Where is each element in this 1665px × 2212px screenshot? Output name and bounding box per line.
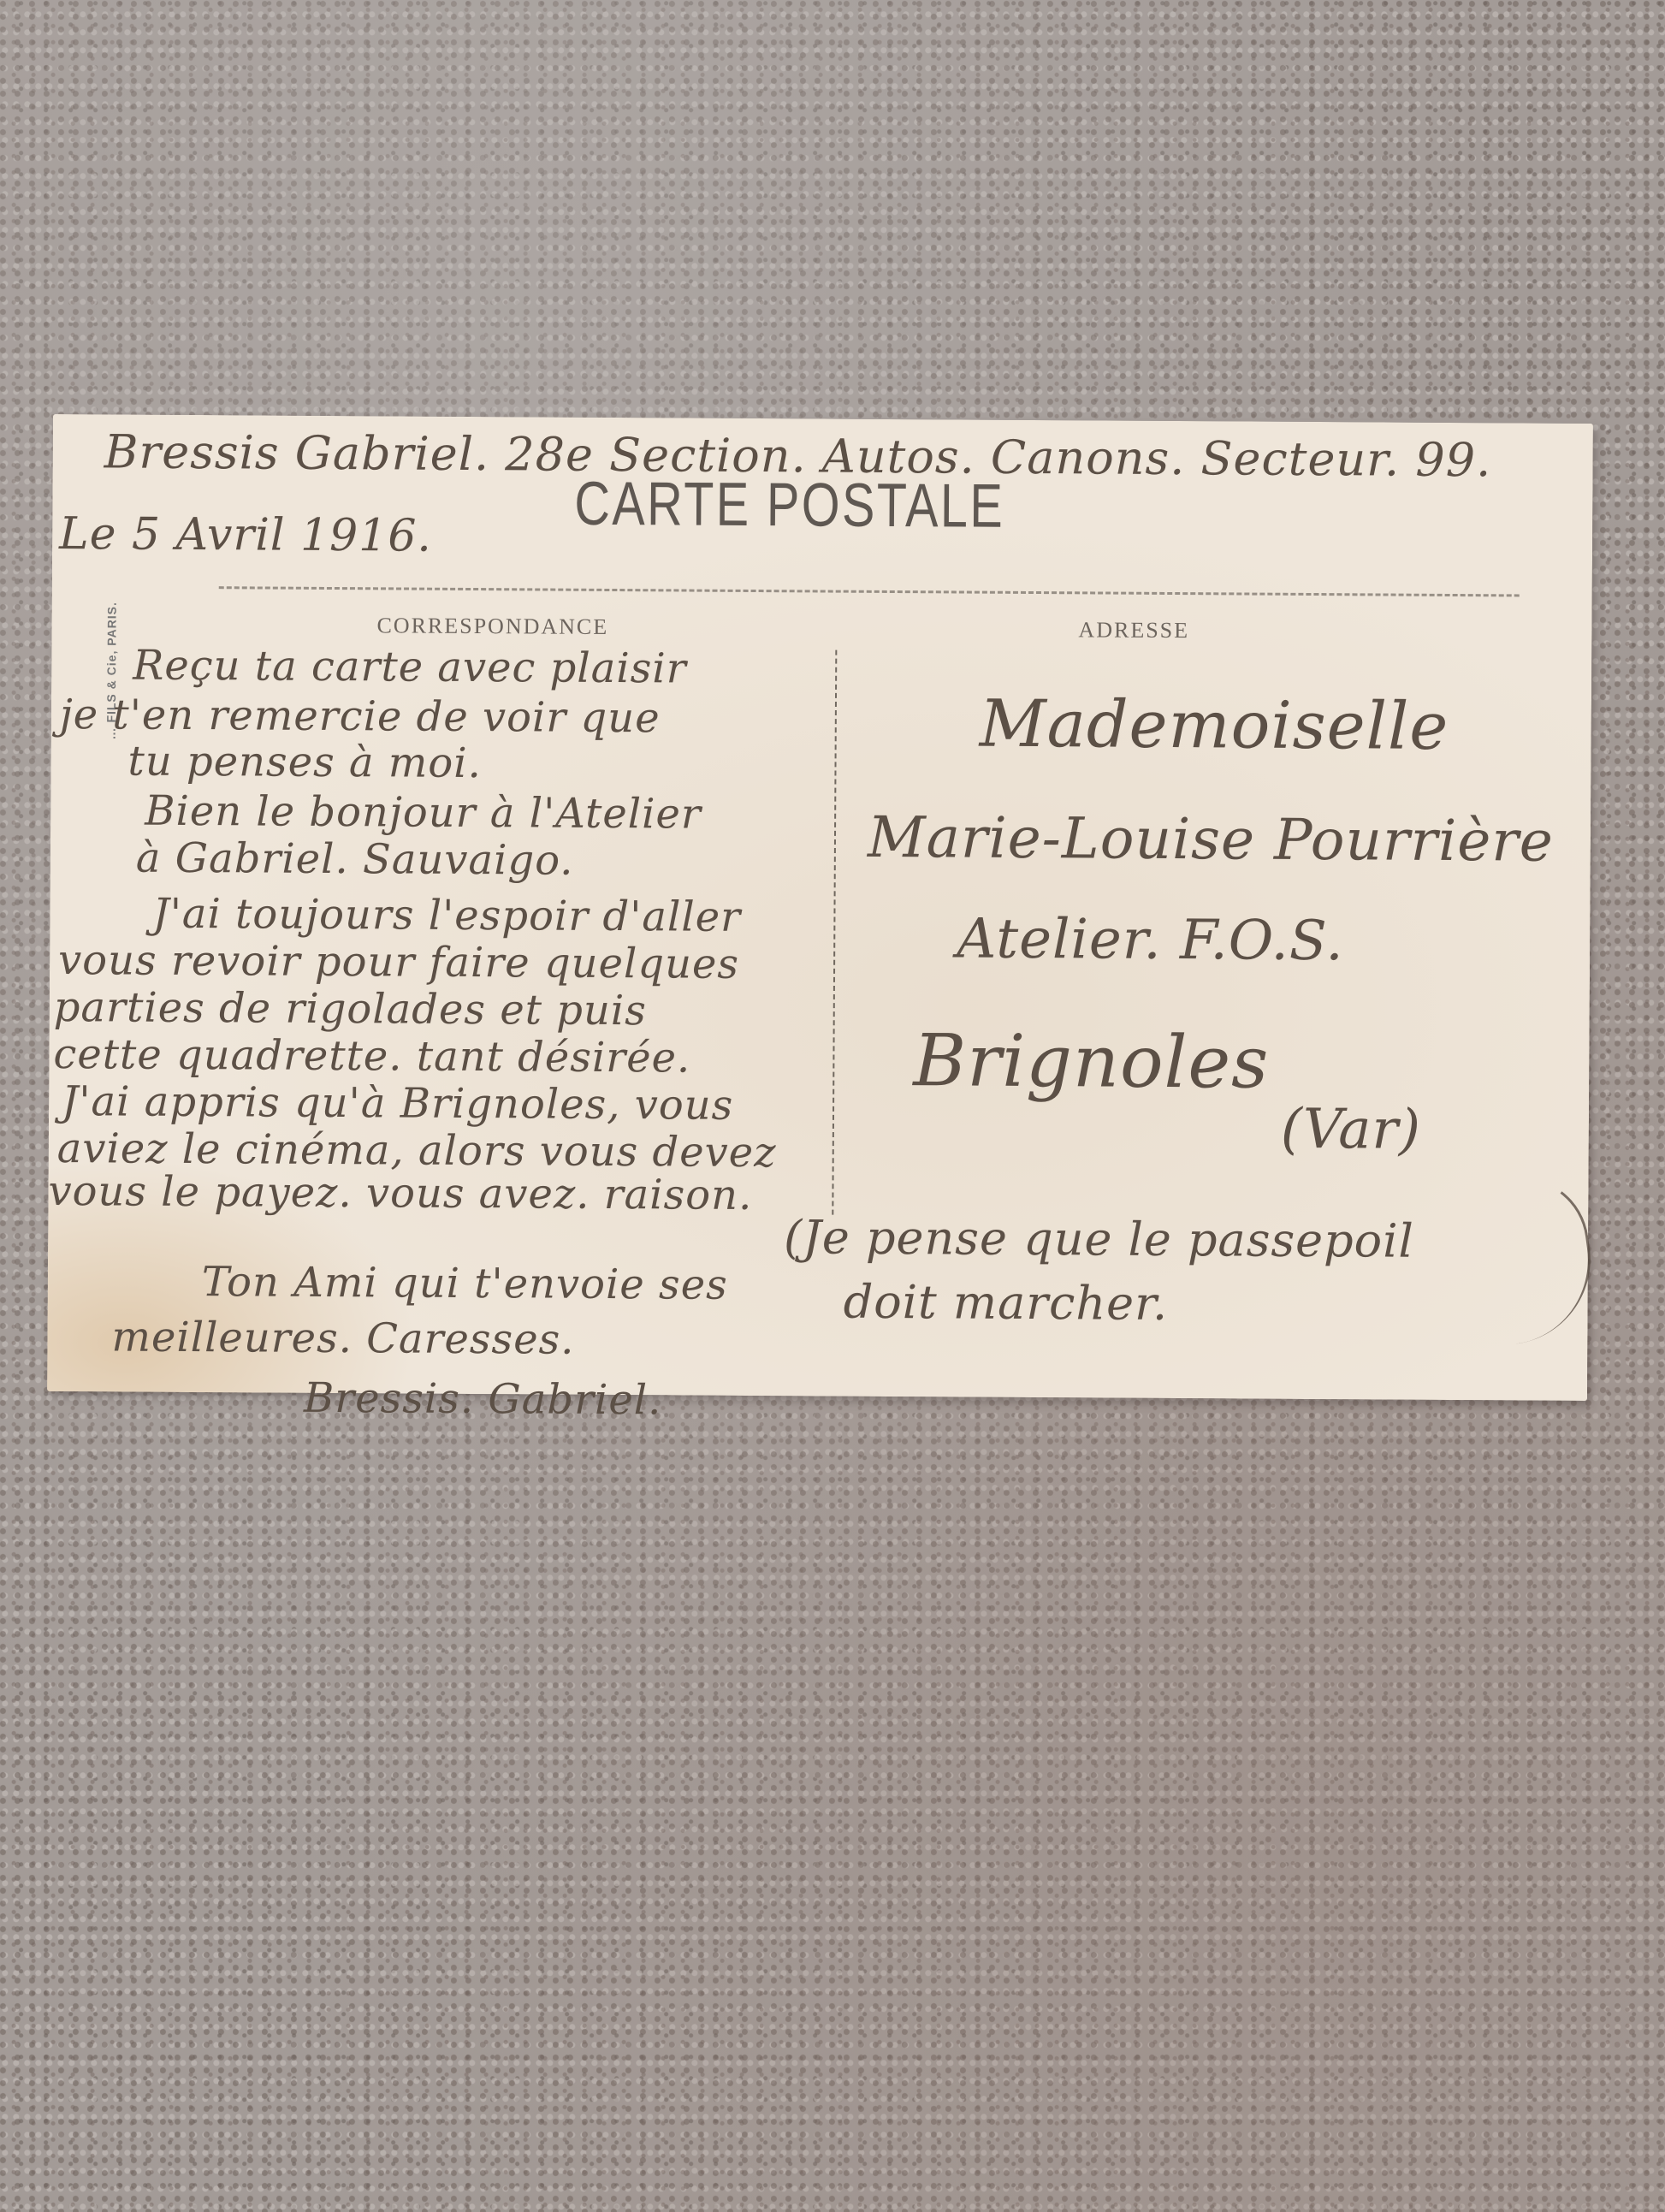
message-line: meilleures. Caresses. (111, 1313, 574, 1363)
address-block: Mademoiselle Marie-Louise Pourrière Atel… (53, 414, 1593, 424)
message-line: Ton Ami qui t'envoie ses (202, 1258, 728, 1309)
postscript-bracket (1458, 1169, 1601, 1349)
address-line: Brignoles (913, 1018, 1269, 1105)
message-line: vous revoir pour faire quelques (58, 936, 739, 988)
address-line: Marie-Louise Pourrière (868, 804, 1554, 875)
message-block: Reçu ta carte avec plaisir je t'en remer… (51, 641, 830, 646)
printed-title: CARTE POSTALE (574, 469, 1004, 542)
label-correspondance: CORRESPONDANCE (376, 613, 608, 640)
postscript-line: doit marcher. (843, 1275, 1168, 1331)
message-line: cette quadrette. tant désirée. (53, 1030, 690, 1082)
message-line: parties de rigolades et puis (54, 983, 647, 1035)
label-adresse: ADRESSE (1078, 617, 1189, 643)
postscript-line: (Je pense que le passepoil (784, 1210, 1414, 1267)
message-line: Reçu ta carte avec plaisir (133, 642, 687, 693)
message-line: à Gabriel. Sauvaigo. (136, 834, 574, 885)
message-line: J'ai toujours l'espoir d'aller (152, 890, 741, 941)
address-line: Mademoiselle (980, 685, 1449, 764)
message-line: J'ai appris qu'à Brignoles, vous (62, 1077, 734, 1130)
signature: Bressis. Gabriel. (304, 1374, 662, 1425)
postcard: Bressis Gabriel. 28e Section. Autos. Can… (47, 414, 1593, 1401)
center-divider (832, 650, 837, 1215)
address-line: (Var) (1281, 1098, 1421, 1162)
message-line: Bien le bonjour à l'Atelier (145, 787, 702, 839)
message-line: tu penses à moi. (127, 738, 482, 788)
address-line: Atelier. F.O.S. (957, 907, 1344, 973)
message-line: vous le payez. vous avez. raison. (48, 1167, 752, 1219)
message-line: je t'en remercie de voir que (60, 691, 661, 742)
date-line: Le 5 Avril 1916. (59, 508, 432, 562)
header-rule (219, 586, 1520, 596)
